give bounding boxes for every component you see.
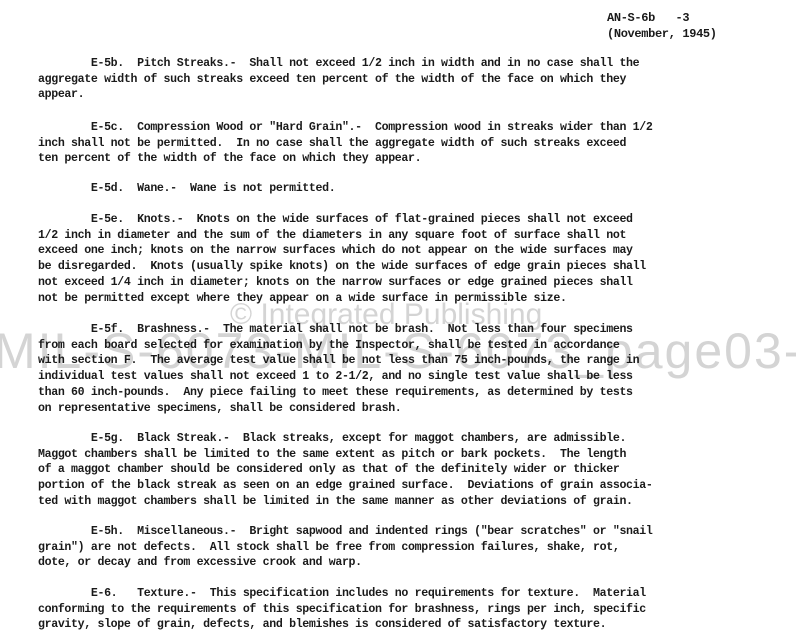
text-line: from each board selected for examination… — [38, 338, 758, 354]
text-line: E-5f. Brashness.- The material shall not… — [38, 322, 758, 338]
text-line: conforming to the requirements of this s… — [38, 602, 758, 618]
section-e-5d-wane: E-5d. Wane.- Wane is not permitted. — [38, 181, 758, 197]
text-line: E-5c. Compression Wood or "Hard Grain".-… — [38, 120, 758, 136]
text-line: not exceed 1/4 inch in diameter; knots o… — [38, 275, 758, 291]
text-line: E-5d. Wane.- Wane is not permitted. — [38, 181, 758, 197]
text-line: grain") are not defects. All stock shall… — [38, 540, 758, 556]
document-date: (November, 1945) — [607, 26, 717, 42]
text-line: not be permitted except where they appea… — [38, 291, 758, 307]
text-line: with section F. The average test value s… — [38, 353, 758, 369]
section-e-6-texture: E-6. Texture.- This specification includ… — [38, 586, 758, 633]
text-line: aggregate width of such streaks exceed t… — [38, 72, 758, 88]
section-e-5h-miscellaneous: E-5h. Miscellaneous.- Bright sapwood and… — [38, 524, 758, 571]
text-line: dote, or decay and from excessive crook … — [38, 555, 758, 571]
text-line: Maggot chambers shall be limited to the … — [38, 447, 758, 463]
text-line: E-6. Texture.- This specification includ… — [38, 586, 758, 602]
text-line: E-5h. Miscellaneous.- Bright sapwood and… — [38, 524, 758, 540]
text-line: E-5b. Pitch Streaks.- Shall not exceed 1… — [38, 56, 758, 72]
text-line: inch shall not be permitted. In no case … — [38, 136, 758, 152]
document-page: © Integrated Publishing MIL-S-6073-MIL-S… — [0, 0, 796, 641]
section-e-5c-compression-wood: E-5c. Compression Wood or "Hard Grain".-… — [38, 120, 758, 167]
text-line: ten percent of the width of the face on … — [38, 151, 758, 167]
text-line: appear. — [38, 87, 758, 103]
document-header: AN-S-6b -3 (November, 1945) — [607, 10, 717, 42]
section-e-5b-pitch-streaks: E-5b. Pitch Streaks.- Shall not exceed 1… — [38, 56, 758, 103]
document-number: AN-S-6b -3 — [607, 10, 717, 26]
text-line: E-5g. Black Streak.- Black streaks, exce… — [38, 431, 758, 447]
text-line: on representative specimens, shall be co… — [38, 401, 758, 417]
section-e-5g-black-streak: E-5g. Black Streak.- Black streaks, exce… — [38, 431, 758, 510]
text-line: ted with maggot chambers shall be limite… — [38, 494, 758, 510]
text-line: 1/2 inch in diameter and the sum of the … — [38, 228, 758, 244]
text-line: exceed one inch; knots on the narrow sur… — [38, 243, 758, 259]
text-line: be disregarded. Knots (usually spike kno… — [38, 259, 758, 275]
section-e-5f-brashness: E-5f. Brashness.- The material shall not… — [38, 322, 758, 416]
text-line: portion of the black streak as seen on a… — [38, 478, 758, 494]
text-line: individual test values shall not exceed … — [38, 369, 758, 385]
text-line: than 60 inch-pounds. Any piece failing t… — [38, 385, 758, 401]
text-line: E-5e. Knots.- Knots on the wide surfaces… — [38, 212, 758, 228]
section-e-5e-knots: E-5e. Knots.- Knots on the wide surfaces… — [38, 212, 758, 306]
text-line: gravity, slope of grain, defects, and bl… — [38, 617, 758, 633]
text-line: of a maggot chamber should be considered… — [38, 462, 758, 478]
